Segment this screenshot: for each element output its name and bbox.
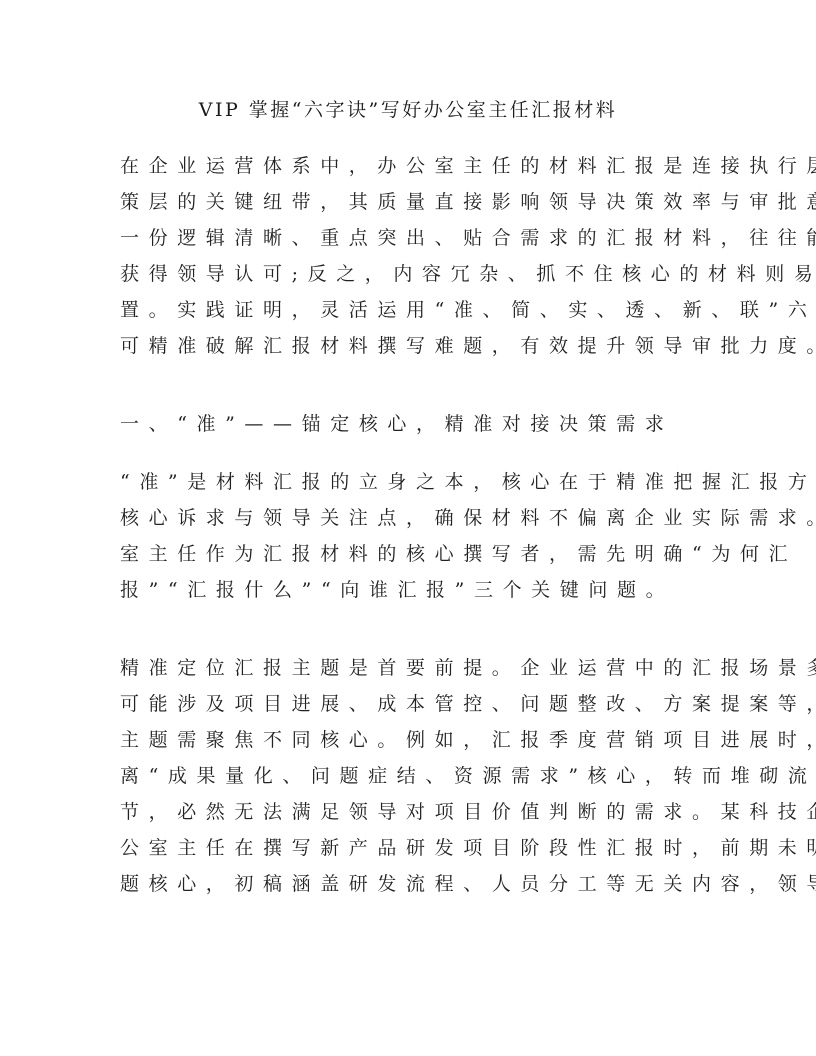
section-heading: 一、“准”——锚定核心，精准对接决策需求 [120, 406, 740, 442]
document-title: VIP 掌握“六字诀”写好办公室主任汇报材料 [0, 96, 816, 124]
text-line: 在企业运营体系中，办公室主任的材料汇报是连接执行层与决 [120, 148, 740, 184]
text-line: 题核心，初稿涵盖研发流程、人员分工等无关内容，领导审阅 [120, 866, 740, 902]
section-paragraph-1: “准”是材料汇报的立身之本，核心在于精准把握汇报方向、 核心诉求与领导关注点，确… [120, 464, 740, 608]
text-line: 获得领导认可;反之，内容冗杂、抓不住核心的材料则易被搁 [120, 256, 740, 292]
text-line: 精准定位汇报主题是首要前提。企业运营中的汇报场景多样， [120, 650, 740, 686]
text-line: 一份逻辑清晰、重点突出、贴合需求的汇报材料，往往能快速 [120, 220, 740, 256]
text-line: 公室主任在撰写新产品研发项目阶段性汇报时，前期未明确主 [120, 830, 740, 866]
text-line: 策层的关键纽带，其质量直接影响领导决策效率与审批意愿。 [120, 184, 740, 220]
intro-paragraph: 在企业运营体系中，办公室主任的材料汇报是连接执行层与决 策层的关键纽带，其质量直… [120, 148, 740, 364]
text-line: 可能涉及项目进展、成本管控、问题整改、方案提案等，不同 [120, 686, 740, 722]
text-line: 离“成果量化、问题症结、资源需求”核心，转而堆砌流程细 [120, 758, 740, 794]
document-page: VIP 掌握“六字诀”写好办公室主任汇报材料 在企业运营体系中，办公室主任的材料… [0, 0, 816, 1056]
text-line: 核心诉求与领导关注点，确保材料不偏离企业实际需求。办公 [120, 500, 740, 536]
text-line: 节，必然无法满足领导对项目价值判断的需求。某科技企业办 [120, 794, 740, 830]
text-line: 室主任作为汇报材料的核心撰写者，需先明确“为何汇 [120, 536, 740, 572]
text-line: 可精准破解汇报材料撰写难题，有效提升领导审批力度。 [120, 328, 740, 364]
text-line: “准”是材料汇报的立身之本，核心在于精准把握汇报方向、 [120, 464, 740, 500]
text-line: 主题需聚焦不同核心。例如，汇报季度营销项目进展时，若偏 [120, 722, 740, 758]
heading-line: 一、“准”——锚定核心，精准对接决策需求 [120, 406, 740, 442]
section-paragraph-2: 精准定位汇报主题是首要前提。企业运营中的汇报场景多样， 可能涉及项目进展、成本管… [120, 650, 740, 902]
text-line: 置。实践证明，灵活运用“准、简、实、透、新、联”六个字， [120, 292, 740, 328]
text-line: 报”“汇报什么”“向谁汇报”三个关键问题。 [120, 572, 740, 608]
